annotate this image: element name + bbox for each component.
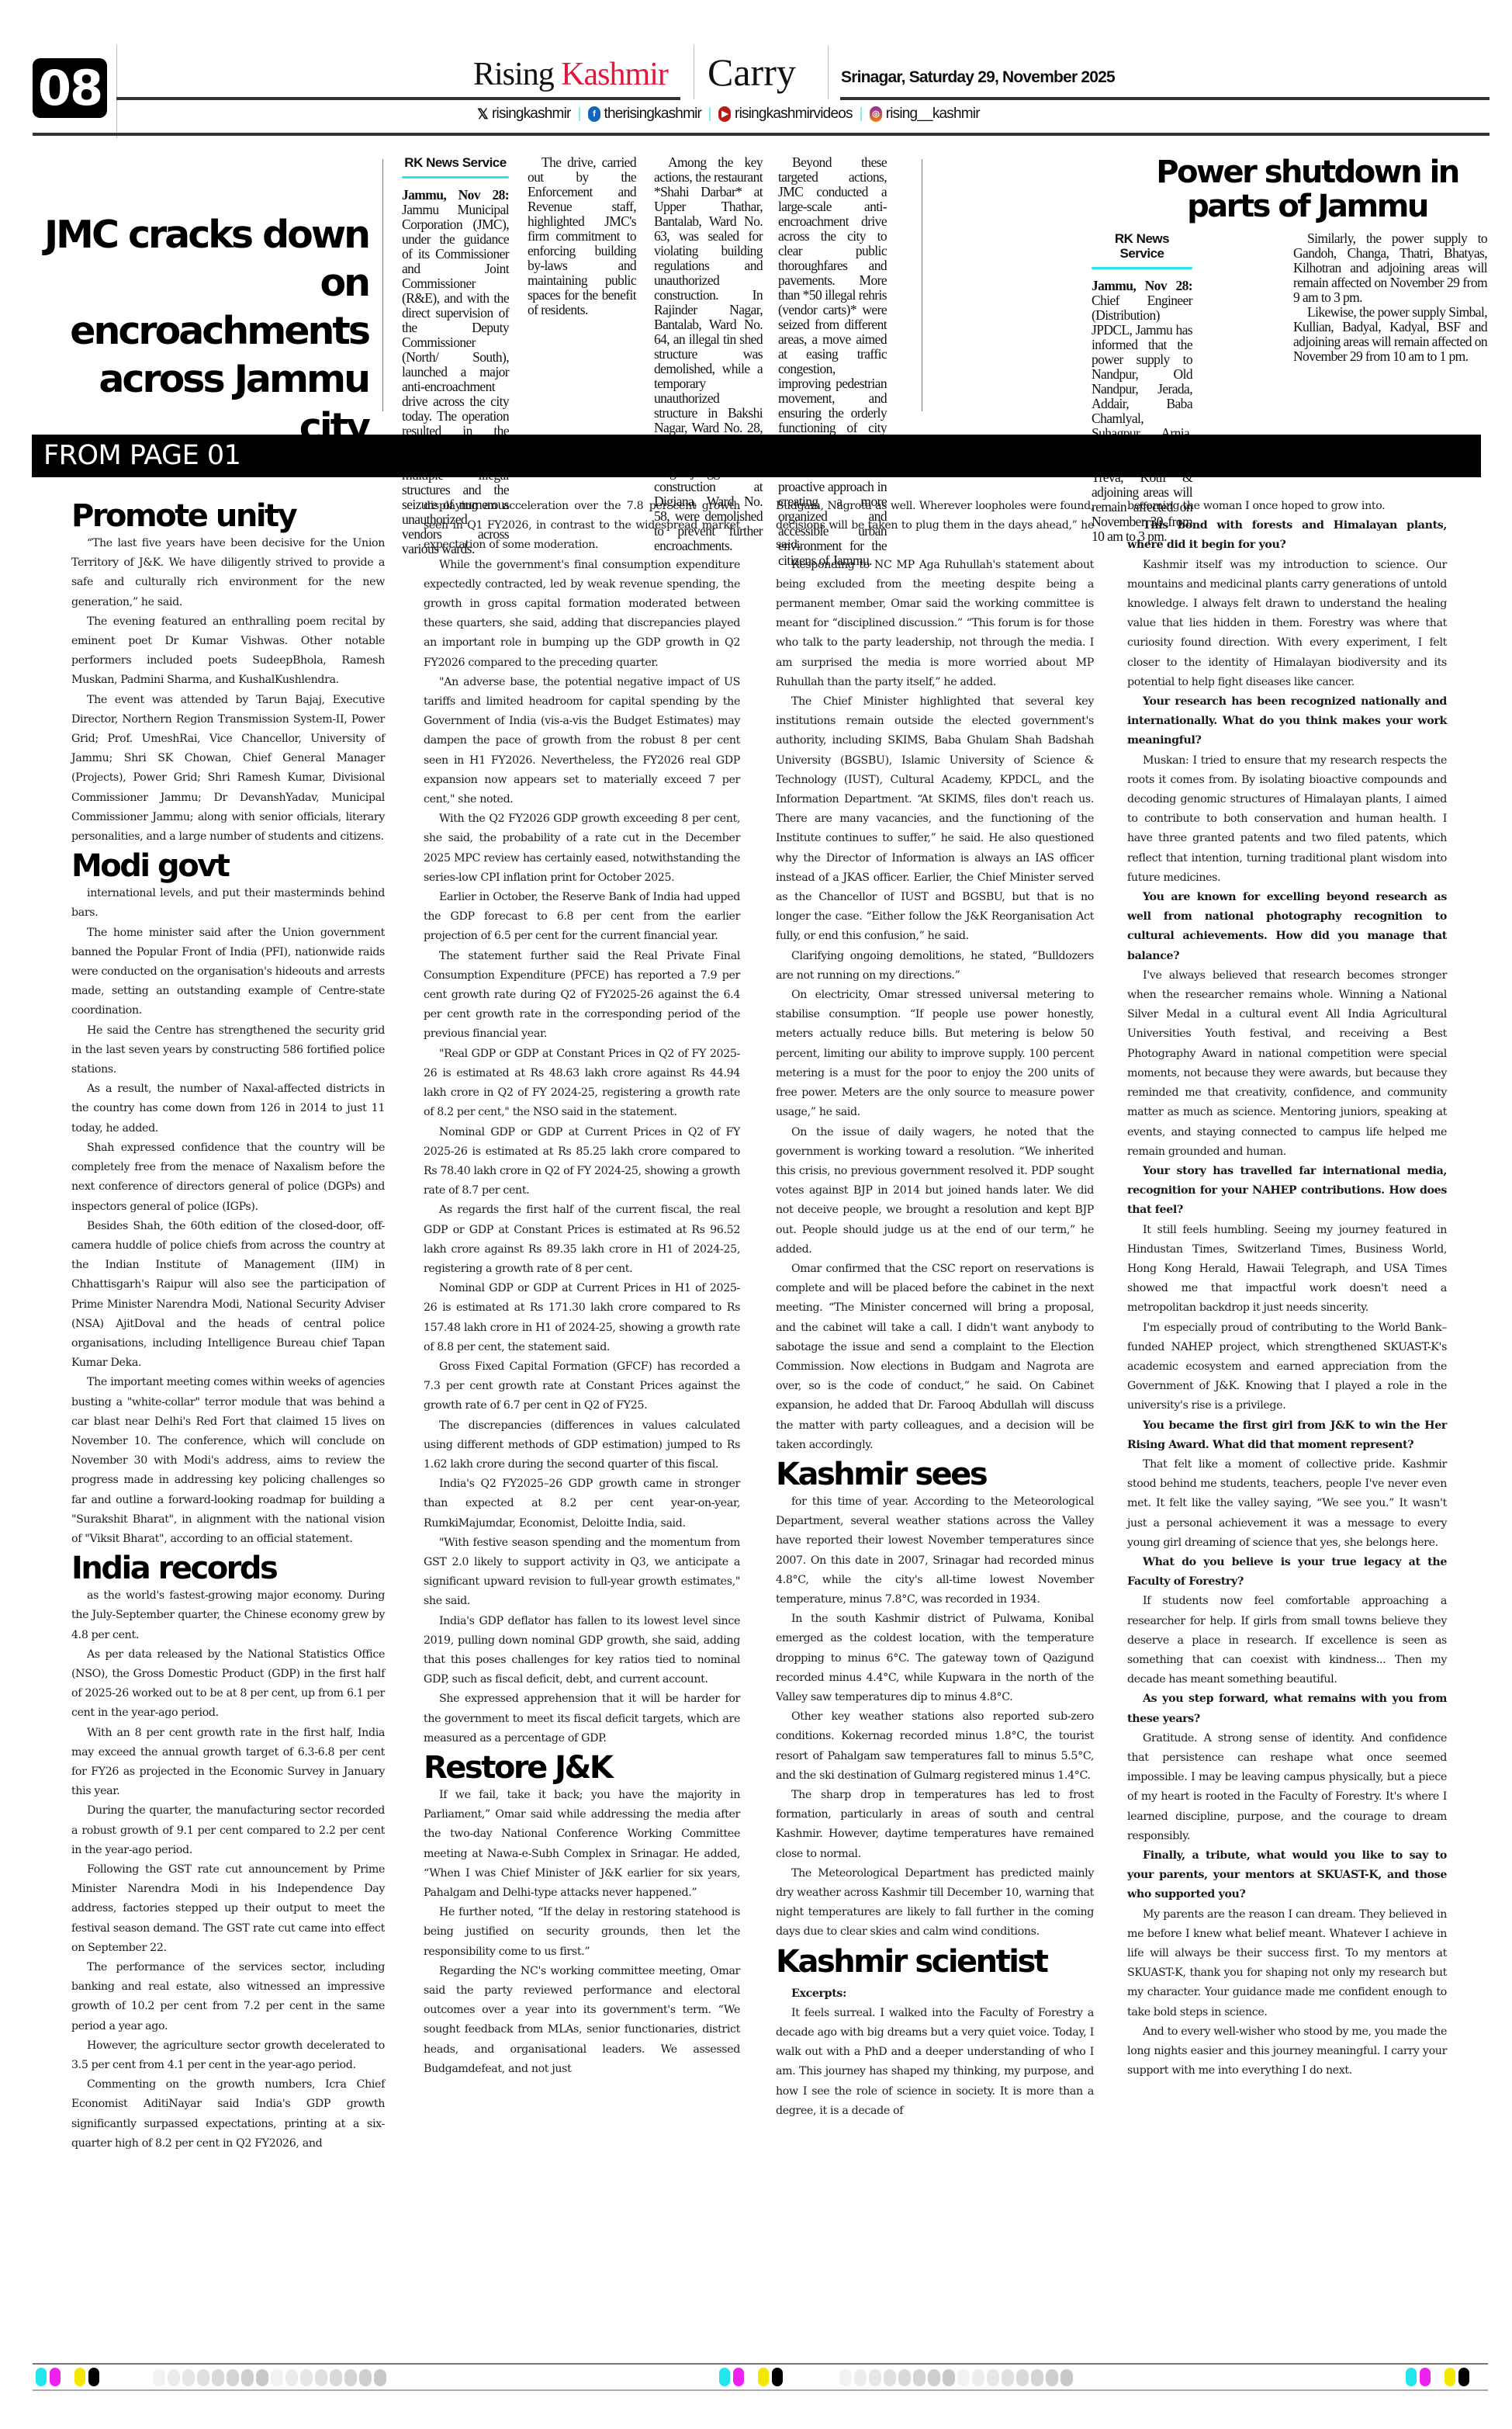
article-paragraph: "Real GDP or GDP at Constant Prices in Q…	[424, 1045, 740, 1123]
divider	[828, 45, 829, 99]
byline: RK News Service	[1092, 231, 1192, 261]
social-handle: risingkashmirvideos	[735, 106, 853, 123]
color-registration-marks	[36, 2368, 99, 2386]
article-paragraph: "With festive season spending and the mo…	[424, 1533, 740, 1612]
article-paragraph: If we fail, take it back; you have the m…	[424, 1786, 740, 1903]
interview-question: Your research has been recognized nation…	[1127, 692, 1447, 751]
divider	[694, 45, 694, 99]
article-paragraph: The Meteorological Department has predic…	[776, 1864, 1094, 1942]
divider	[860, 107, 862, 121]
article-paragraph: She expressed apprehension that it will …	[424, 1689, 740, 1748]
article-paragraph: Among the key actions, the restaurant *S…	[654, 155, 763, 553]
brand-rising: Rising	[473, 57, 554, 92]
headline-kashmir-sees: Kashmir sees	[776, 1457, 1094, 1492]
article-paragraph: He further noted, “If the delay in resto…	[424, 1903, 740, 1962]
interview-answer: becoming the woman I once hoped to grow …	[1127, 497, 1447, 516]
interview-answer: Kashmir itself was my introduction to sc…	[1127, 556, 1447, 692]
article-paragraph: Gross Fixed Capital Formation (GFCF) has…	[424, 1357, 740, 1416]
article-paragraph: The discrepancies (differences in values…	[424, 1416, 740, 1475]
article-paragraph: The statement further said the Real Priv…	[424, 947, 740, 1045]
jmc-body	[402, 155, 1139, 411]
social-youtube[interactable]: ▶risingkashmirvideos	[718, 106, 853, 123]
article-paragraph: The sharp drop in temperatures has led t…	[776, 1786, 1094, 1864]
article-paragraph: Commenting on the growth numbers, Icra C…	[71, 2075, 385, 2154]
article-paragraph: He said the Centre has strengthened the …	[71, 1021, 385, 1080]
interview-answer: It still feels humbling. Seeing my journ…	[1127, 1221, 1447, 1318]
article-paragraph: international levels, and put their mast…	[71, 884, 385, 923]
article-paragraph: Nominal GDP or GDP at Current Prices in …	[424, 1279, 740, 1357]
interview-answer: And to every well-wisher who stood by me…	[1127, 2022, 1447, 2081]
social-handle: therisingkashmir	[604, 106, 702, 123]
color-registration-marks	[1406, 2368, 1469, 2386]
interview-answer: My parents are the reason I can dream. T…	[1127, 1905, 1447, 2022]
interview-answer: I'm especially proud of contributing to …	[1127, 1318, 1447, 1416]
jmc-col-3: Among the key actions, the restaurant *S…	[654, 155, 763, 553]
article-paragraph: On the issue of daily wagers, he noted t…	[776, 1123, 1094, 1260]
article-paragraph: The event was attended by Tarun Bajaj, E…	[71, 691, 385, 847]
article-paragraph: Besides Shah, the 60th edition of the cl…	[71, 1217, 385, 1374]
headline-modi-govt: Modi govt	[71, 848, 385, 884]
article-paragraph: On electricity, Omar stressed universal …	[776, 986, 1094, 1122]
interview-answer: Gratitude. A strong sense of identity. A…	[1127, 1729, 1447, 1846]
article-paragraph: Beyond these targeted actions, JMC condu…	[778, 155, 887, 450]
column-3: Budgam, Nagrota as well. Wherever loopho…	[776, 497, 1094, 2121]
dateline: Jammu, Nov 28:	[1092, 278, 1192, 293]
article-paragraph: Nominal GDP or GDP at Current Prices in …	[424, 1123, 740, 1201]
brand-logo: Rising Kashmir	[473, 56, 668, 93]
article-paragraph: With the Q2 FY2026 GDP growth exceeding …	[424, 809, 740, 888]
article-paragraph: The evening featured an enthralling poem…	[71, 612, 385, 691]
article-paragraph: Budgam, Nagrota as well. Wherever loopho…	[776, 497, 1094, 556]
article-paragraph: "An adverse base, the potential negative…	[424, 673, 740, 809]
dateline: Srinagar, Saturday 29, November 2025	[841, 68, 1115, 87]
social-handle: risingkashmir	[492, 106, 571, 123]
divider	[579, 107, 580, 121]
column-1: Promote unity “The last five years have …	[71, 497, 385, 2154]
article-paragraph: The performance of the services sector, …	[71, 1958, 385, 2036]
social-instagram[interactable]: ◎rising__kashmir	[870, 106, 980, 123]
article-paragraph: While the government's final consumption…	[424, 556, 740, 673]
article-paragraph: As per data released by the National Sta…	[71, 1645, 385, 1724]
divider	[840, 97, 1490, 100]
power-col-2: Similarly, the power supply to Gandoh, C…	[1293, 231, 1487, 364]
interview-question: You are known for excelling beyond resea…	[1127, 888, 1447, 966]
social-links: 𝕏risingkashmir ftherisingkashmir ▶rising…	[477, 106, 980, 123]
color-registration-marks	[719, 2368, 783, 2386]
divider	[709, 107, 711, 121]
headline-restore-jk: Restore J&K	[424, 1750, 740, 1786]
social-handle: rising__kashmir	[886, 106, 980, 123]
interview-answer: If students now feel comfortable approac…	[1127, 1592, 1447, 1689]
brand-kashmir: Kashmir	[561, 57, 668, 92]
jmc-col-2: The drive, carried out by the Enforcemen…	[528, 155, 636, 317]
excerpts-label: Excerpts:	[776, 1984, 1094, 2004]
article-paragraph: Regarding the NC's working committee mee…	[424, 1962, 740, 2079]
article-paragraph: as the world's fastest-growing major eco…	[71, 1586, 385, 1645]
grayscale-swatches	[153, 2369, 386, 2386]
section-name: Carry	[708, 50, 796, 95]
byline-rule	[1092, 267, 1192, 269]
article-paragraph: India's Q2 FY2025–26 GDP growth came in …	[424, 1474, 740, 1533]
divider	[116, 97, 680, 100]
interview-answer: I've always believed that research becom…	[1127, 966, 1447, 1162]
headline-power-shutdown: Power shutdown in parts of Jammu	[1125, 155, 1490, 223]
article-paragraph: In the south Kashmir district of Pulwama…	[776, 1610, 1094, 1707]
article-paragraph: India's GDP deflator has fallen to its l…	[424, 1612, 740, 1690]
grayscale-swatches	[839, 2369, 1073, 2386]
divider	[382, 159, 383, 411]
divider	[922, 159, 922, 411]
column-2: displaying an acceleration over the 7.8 …	[424, 497, 740, 2079]
article-paragraph: Likewise, the power supply Simbal, Kulli…	[1293, 305, 1487, 364]
social-x[interactable]: 𝕏risingkashmir	[477, 106, 571, 123]
headline-promote-unity: Promote unity	[71, 498, 385, 534]
headline-jmc: JMC cracks down on encroachments across …	[31, 211, 368, 452]
column-4: becoming the woman I once hoped to grow …	[1127, 497, 1447, 2081]
interview-answer: That felt like a moment of collective pr…	[1127, 1455, 1447, 1553]
facebook-icon: f	[588, 106, 600, 122]
article-paragraph: “The last five years have been decisive …	[71, 534, 385, 612]
article-paragraph: displaying an acceleration over the 7.8 …	[424, 497, 740, 556]
article-paragraph: As regards the first half of the current…	[424, 1201, 740, 1279]
article-paragraph: Other key weather stations also reported…	[776, 1707, 1094, 1786]
article-paragraph: Shah expressed confidence that the count…	[71, 1138, 385, 1217]
article-paragraph: The Chief Minister highlighted that seve…	[776, 692, 1094, 947]
divider	[33, 133, 1490, 136]
print-registration-bar	[33, 2363, 1488, 2391]
article-paragraph: With an 8 per cent growth rate in the fi…	[71, 1724, 385, 1802]
article-paragraph: During the quarter, the manufacturing se…	[71, 1801, 385, 1860]
interview-question: You became the first girl from J&K to wi…	[1127, 1416, 1447, 1455]
article-paragraph: It feels surreal. I walked into the Facu…	[776, 2004, 1094, 2121]
article-paragraph: Omar confirmed that the CSC report on re…	[776, 1260, 1094, 1455]
interview-question: Your story has travelled far internation…	[1127, 1162, 1447, 1221]
interview-question: Finally, a tribute, what would you like …	[1127, 1846, 1447, 1905]
article-paragraph: As a result, the number of Naxal-affecte…	[71, 1079, 385, 1138]
social-facebook[interactable]: ftherisingkashmir	[588, 106, 702, 123]
article-paragraph: Responding to NC MP Aga Ruhullah's state…	[776, 556, 1094, 692]
instagram-icon: ◎	[870, 106, 882, 122]
article-paragraph: for this time of year. According to the …	[776, 1492, 1094, 1610]
article-paragraph: However, the agriculture sector growth d…	[71, 2036, 385, 2075]
headline-kashmir-scientist: Kashmir scientist	[776, 1944, 1094, 1980]
page-number: 08	[33, 58, 107, 118]
interview-answer: Muskan: I tried to ensure that my resear…	[1127, 751, 1447, 888]
masthead: Rising Kashmir Carry Srinagar, Saturday …	[116, 45, 1490, 134]
section-banner: FROM PAGE 01	[32, 435, 1481, 477]
article-paragraph: The home minister said after the Union g…	[71, 923, 385, 1021]
article-paragraph: Earlier in October, the Reserve Bank of …	[424, 888, 740, 947]
interview-question: What do you believe is your true legacy …	[1127, 1553, 1447, 1592]
article-paragraph: The important meeting comes within weeks…	[71, 1373, 385, 1549]
headline-india-records: India records	[71, 1551, 385, 1586]
article-paragraph: Following the GST rate cut announcement …	[71, 1860, 385, 1958]
article-paragraph: Similarly, the power supply to Gandoh, C…	[1293, 231, 1487, 305]
interview-question: This bond with forests and Himalayan pla…	[1127, 516, 1447, 555]
x-icon: 𝕏	[477, 106, 488, 122]
article-paragraph: The drive, carried out by the Enforcemen…	[528, 155, 636, 317]
article-paragraph: Clarifying ongoing demolitions, he state…	[776, 947, 1094, 986]
youtube-icon: ▶	[718, 106, 731, 122]
interview-question: As you step forward, what remains with y…	[1127, 1689, 1447, 1728]
